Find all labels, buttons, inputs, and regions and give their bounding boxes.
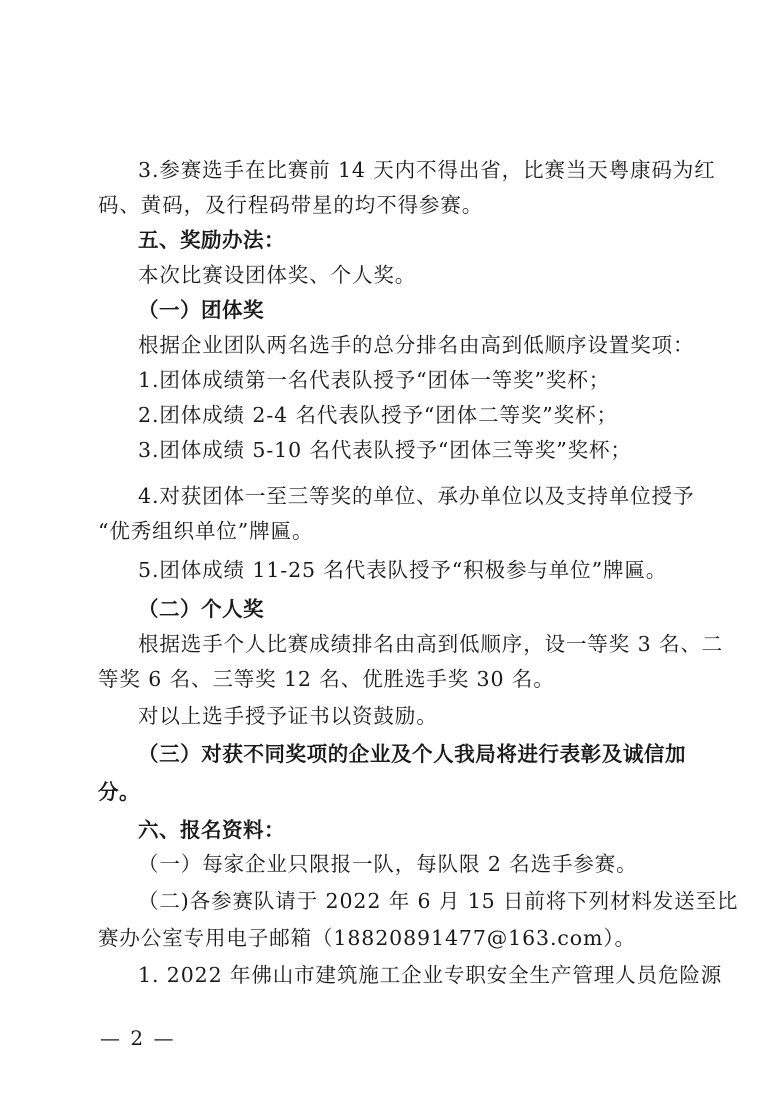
paragraph-line: 等奖 6 名、三等奖 12 名、优胜选手奖 30 名。 <box>98 665 555 693</box>
section-heading: （二）个人奖 <box>138 595 264 623</box>
paragraph-line: 本次比赛设团体奖、个人奖。 <box>138 261 416 289</box>
paragraph-line: 5.团体成绩 11-25 名代表队授予“积极参与单位”牌匾。 <box>138 556 667 584</box>
paragraph-line: 1. 2022 年佛山市建筑施工企业专职安全生产管理人员危险源 <box>138 961 686 989</box>
section-heading: 分。 <box>98 778 140 806</box>
page-number: — 2 — <box>100 1024 175 1052</box>
paragraph-line: 2.团体成绩 2-4 名代表队授予“团体二等奖”奖杯； <box>138 401 618 429</box>
section-heading: （三）对获不同奖项的企业及个人我局将进行表彰及诚信加 <box>138 740 686 768</box>
paragraph-line: （二)各参赛队请于 2022 年 6 月 15 日前将下列材料发送至比 <box>138 887 686 915</box>
paragraph-line: 3.团体成绩 5-10 名代表队授予“团体三等奖”奖杯； <box>138 436 632 464</box>
section-heading: （一）团体奖 <box>138 296 264 324</box>
paragraph-line: 3.参赛选手在比赛前 14 天内不得出省，比赛当天粤康码为红 <box>138 156 686 184</box>
paragraph-line: “优秀组织单位”牌匾。 <box>98 517 313 545</box>
paragraph-line: 对以上选手授予证书以资鼓励。 <box>138 702 438 730</box>
section-heading: 五、奖励办法： <box>138 226 285 254</box>
paragraph-line: 4.对获团体一至三等奖的单位、承办单位以及支持单位授予 <box>138 482 686 510</box>
paragraph-line: 1.团体成绩第一名代表队授予“团体一等奖”奖杯； <box>138 366 610 394</box>
section-heading: 六、报名资料： <box>138 816 285 844</box>
paragraph-line: 根据企业团队两名选手的总分排名由高到低顺序设置奖项： <box>138 331 694 359</box>
paragraph-line: 根据选手个人比赛成绩排名由高到低顺序，设一等奖 3 名、二 <box>138 630 686 658</box>
paragraph-line: （一）每家企业只限报一队，每队限 2 名选手参赛。 <box>138 850 638 878</box>
paragraph-line: 赛办公室专用电子邮箱（18820891477@163.com）。 <box>98 924 636 952</box>
paragraph-line: 码、黄码，及行程码带星的均不得参赛。 <box>98 191 483 219</box>
